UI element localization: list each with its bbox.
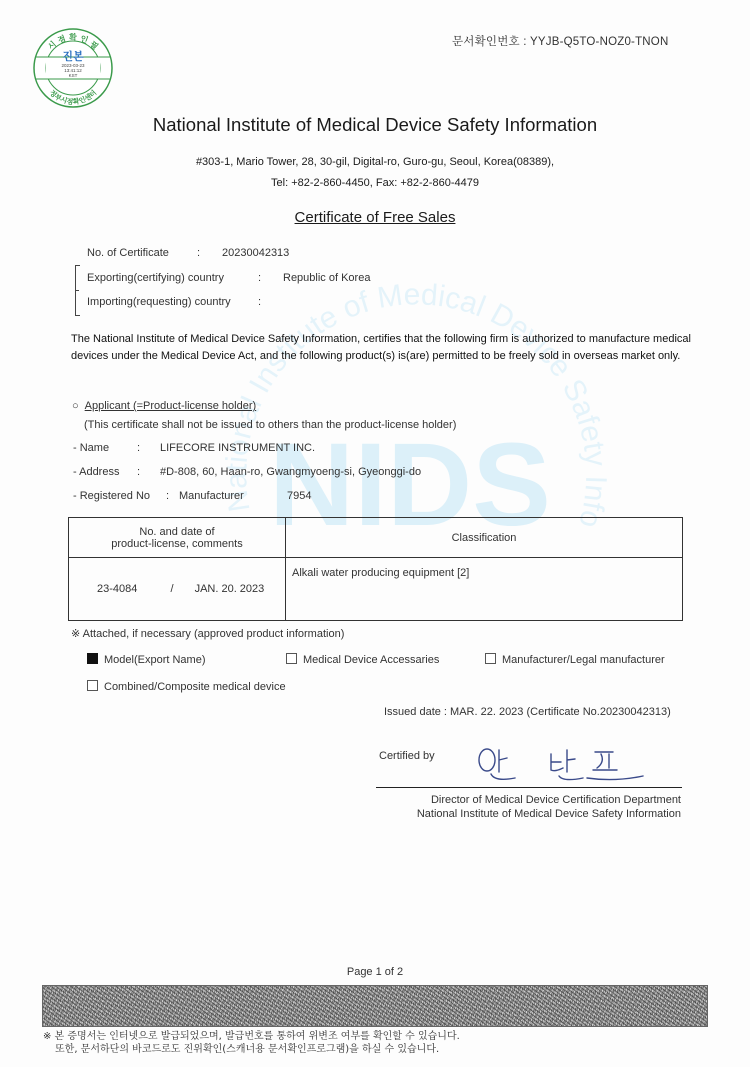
license-slash: / [170, 583, 173, 595]
importing-country-label: Importing(requesting) country [87, 296, 231, 308]
svg-text:National Institute of Medical: National Institute of Medical Device Saf… [200, 270, 612, 531]
checkbox-empty-icon[interactable] [485, 653, 496, 664]
circle-bullet-icon: ○ [72, 400, 79, 412]
applicant-note: (This certificate shall not be issued to… [84, 419, 456, 431]
license-cell: 23-4084 / JAN. 20. 2023 [69, 558, 286, 621]
authentication-stamp: 시 점 확 인 필 진본 2023-03-23 13:41:12 KST 정부시… [32, 27, 114, 109]
applicant-name: LIFECORE INSTRUMENT INC. [160, 442, 315, 454]
classification-cell: Alkali water producing equipment [2] [286, 558, 683, 621]
country-bracket-mid [75, 290, 79, 291]
checkbox-empty-icon[interactable] [87, 680, 98, 691]
organization-contact: Tel: +82-2-860-4450, Fax: +82-2-860-4479 [0, 177, 750, 189]
certification-statement: The National Institute of Medical Device… [71, 331, 691, 365]
table-row: 23-4084 / JAN. 20. 2023 Alkali water pro… [69, 558, 683, 621]
organization-title: National Institute of Medical Device Saf… [0, 114, 750, 136]
header-license-line1: No. and date of [70, 526, 284, 538]
option-manufacturer[interactable]: Manufacturer/Legal manufacturer [485, 653, 665, 666]
document-id-label: 문서확인번호 [452, 36, 520, 48]
footer-note-line2: 또한, 문서하단의 바코드로도 진위확인(스캐너용 문서확인프로그램)을 하실 … [43, 1043, 460, 1056]
registered-type: Manufacturer [179, 490, 244, 502]
watermark-arc-text: National Institute of Medical Device Saf… [200, 270, 612, 531]
option-manufacturer-label: Manufacturer/Legal manufacturer [502, 654, 665, 666]
issued-date: Issued date : MAR. 22. 2023 (Certificate… [384, 706, 671, 718]
header-classification: Classification [286, 518, 683, 558]
registered-number: 7954 [287, 490, 311, 502]
checkbox-checked-icon[interactable] [87, 653, 98, 664]
director-organization: National Institute of Medical Device Saf… [376, 807, 681, 821]
license-number: 23-4084 [97, 583, 137, 595]
director-block: Director of Medical Device Certification… [376, 793, 681, 821]
stamp-center-text: 진본 [62, 49, 84, 63]
address-label: - Address [73, 466, 119, 478]
cert-no-value: 20230042313 [222, 247, 289, 259]
header-license: No. and date of product-license, comment… [69, 518, 286, 558]
signature-line [376, 787, 682, 788]
exporting-country-value: Republic of Korea [283, 272, 370, 284]
footer-note-line1: ※ 본 증명서는 인터넷으로 발급되었으며, 발급번호를 통하여 위변조 여부를… [43, 1030, 460, 1043]
applicant-heading-text: Applicant (=Product-license holder) [85, 400, 257, 412]
exporting-country-label: Exporting(certifying) country [87, 272, 224, 284]
option-combined-label: Combined/Composite medical device [104, 681, 286, 693]
name-sep: : [137, 442, 140, 454]
applicant-heading: ○Applicant (=Product-license holder) [72, 400, 256, 412]
license-table: No. and date of product-license, comment… [68, 517, 683, 621]
document-id: 문서확인번호 : YYJB-Q5TO-NOZ0-TNON [452, 33, 668, 49]
header-license-line2: product-license, comments [70, 538, 284, 550]
applicant-address: #D-808, 60, Haan-ro, Gwangmyoeng-si, Gye… [160, 466, 421, 478]
certificate-title: Certificate of Free Sales [0, 209, 750, 226]
table-header-row: No. and date of product-license, comment… [69, 518, 683, 558]
option-model[interactable]: Model(Export Name) [87, 653, 205, 666]
signature [475, 738, 655, 788]
attached-label: ※ Attached, if necessary (approved produ… [71, 627, 344, 640]
option-model-label: Model(Export Name) [104, 654, 205, 666]
cert-no-label: No. of Certificate [87, 247, 169, 259]
director-title: Director of Medical Device Certification… [376, 793, 681, 807]
document-id-value: YYJB-Q5TO-NOZ0-TNON [530, 36, 668, 48]
option-accessaries-label: Medical Device Accessaries [303, 654, 439, 666]
checkbox-empty-icon[interactable] [286, 653, 297, 664]
address-sep: : [137, 466, 140, 478]
certified-by-label: Certified by [379, 750, 435, 762]
verification-barcode [42, 985, 708, 1027]
registered-sep: : [166, 490, 169, 502]
license-date: JAN. 20. 2023 [195, 583, 265, 595]
name-label: - Name [73, 442, 109, 454]
exporting-sep: : [258, 272, 261, 284]
organization-address: #303-1, Mario Tower, 28, 30-gil, Digital… [0, 156, 750, 168]
footer-note: ※ 본 증명서는 인터넷으로 발급되었으며, 발급번호를 통하여 위변조 여부를… [43, 1030, 460, 1056]
cert-no-sep: : [197, 247, 200, 259]
stamp-tz: KST [69, 73, 78, 78]
importing-sep: : [258, 296, 261, 308]
page-number: Page 1 of 2 [0, 966, 750, 978]
option-combined[interactable]: Combined/Composite medical device [87, 680, 286, 693]
option-accessaries[interactable]: Medical Device Accessaries [286, 653, 439, 666]
registered-label: - Registered No [73, 490, 150, 502]
